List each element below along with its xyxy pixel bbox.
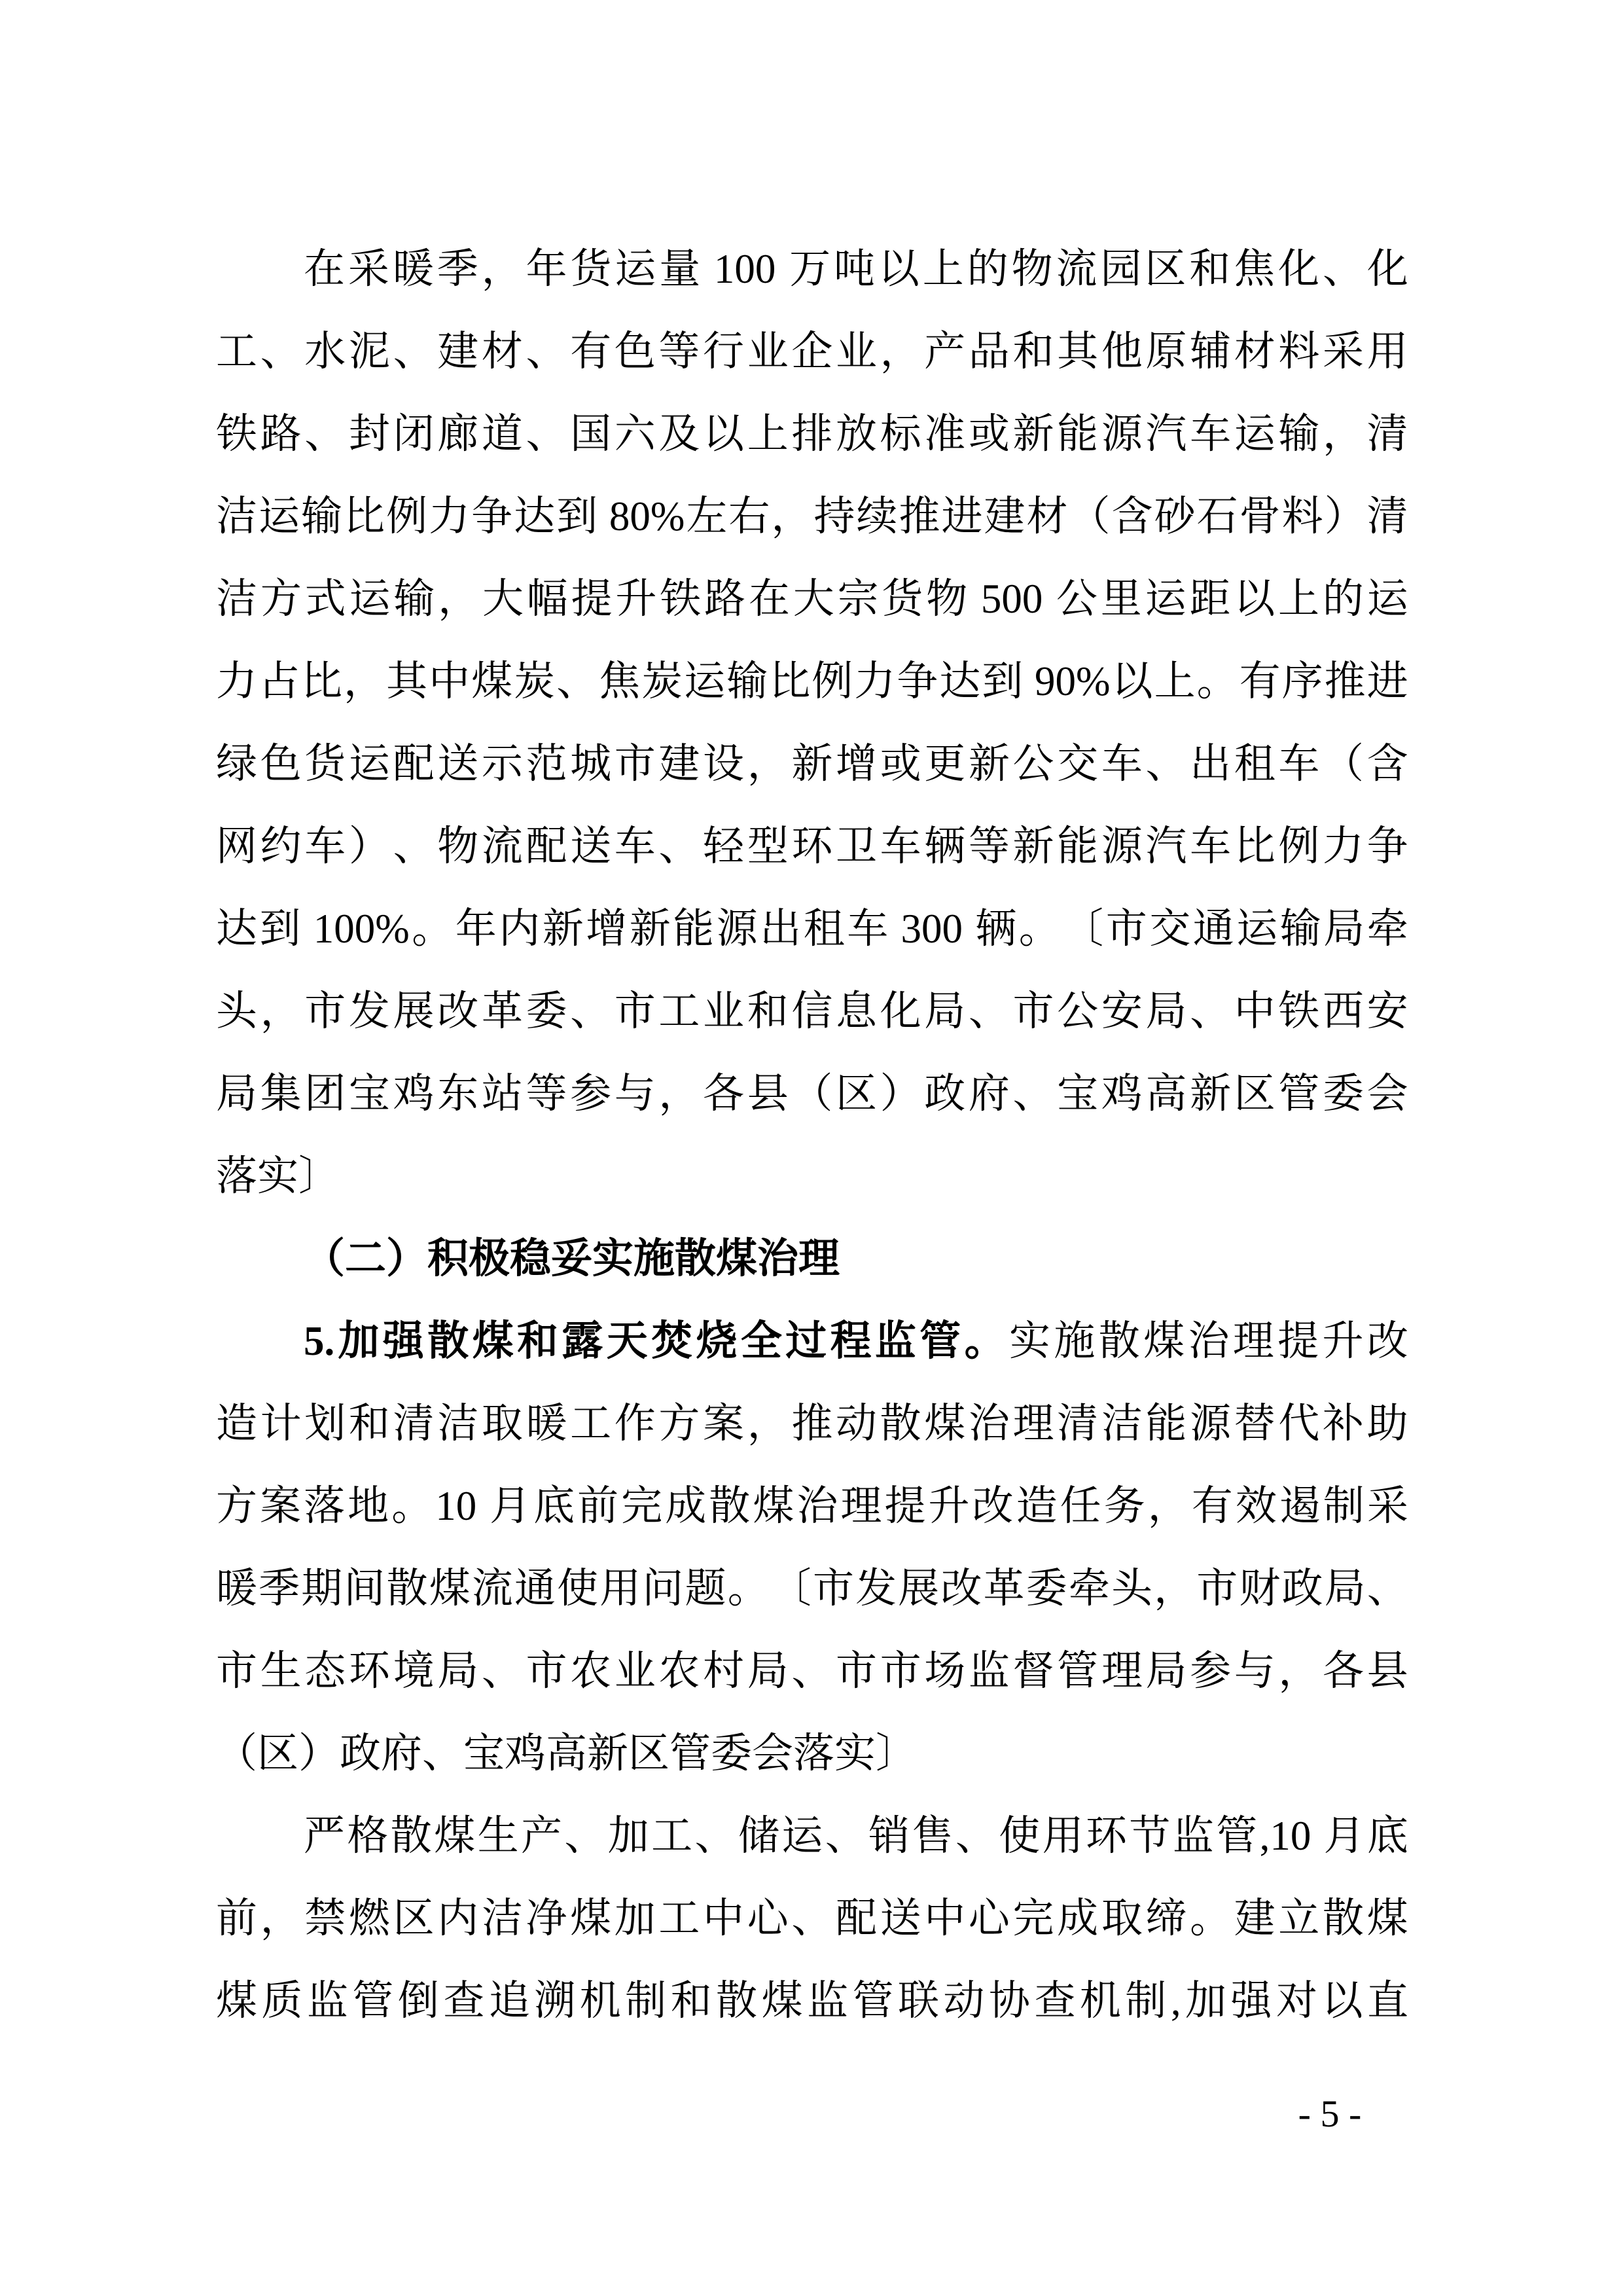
glyph: 市 (880, 1630, 921, 1712)
text-line: 网约车）、物流配送车、轻型环卫车辆等新能源汽车比例力争 (216, 805, 1408, 888)
glyph: 车 (1101, 723, 1143, 805)
glyph: 方 (216, 1465, 257, 1547)
glyph: 、 (695, 1795, 736, 1877)
glyph: 。 (1197, 640, 1238, 723)
glyph: 业 (836, 310, 877, 393)
glyph: 暖 (526, 1382, 567, 1465)
glyph: 煤 (1367, 1877, 1408, 1960)
glyph: 升 (615, 558, 656, 640)
glyph: 建 (1234, 1877, 1275, 1960)
glyph: 立 (1278, 1877, 1319, 1960)
glyph: 市 (304, 970, 346, 1052)
glyph: 局 (437, 1630, 478, 1712)
glyph: 能 (1145, 1382, 1186, 1465)
glyph: 倒 (398, 1960, 439, 2042)
glyph: 交 (1149, 888, 1190, 970)
glyph: 以 (878, 228, 919, 310)
glyph: 、 (304, 393, 346, 475)
text-line: 力占比，其中煤炭、焦炭运输比例力争达到 90%以上。有序推进 (216, 640, 1408, 723)
glyph: 输 (301, 475, 342, 558)
glyph: 方 (658, 1382, 700, 1465)
glyph: 建 (437, 310, 478, 393)
glyph: 以 (1112, 640, 1153, 723)
text-line: 头，市发展改革委、市工业和信息化局、市公安局、中铁西安 (216, 970, 1408, 1052)
glyph: 安 (1367, 970, 1408, 1052)
glyph: 力 (216, 640, 257, 723)
glyph: 问 (642, 1547, 683, 1630)
glyph: 内 (499, 888, 540, 970)
glyph: 区 (1234, 1052, 1275, 1135)
glyph: 作 (615, 1382, 656, 1465)
glyph: 委 (1323, 1052, 1364, 1135)
glyph: 汽 (1145, 393, 1186, 475)
glyph: 缔 (1145, 1877, 1186, 1960)
glyph: 、 (526, 310, 567, 393)
glyph: 、 (260, 310, 302, 393)
glyph: 流 (1056, 228, 1097, 310)
glyph: 大 (482, 558, 524, 640)
glyph: 、 (1367, 1547, 1408, 1630)
glyph: 路 (260, 393, 302, 475)
glyph: 底 (1367, 1795, 1408, 1877)
glyph: 源 (1101, 805, 1143, 888)
glyph: 500 (971, 558, 1053, 640)
glyph: 标 (880, 393, 921, 475)
glyph: 市 (615, 723, 656, 805)
glyph: 加 (338, 1300, 380, 1382)
glyph: 补 (1323, 1382, 1364, 1465)
glyph: 材 (1027, 475, 1068, 558)
glyph: 质 (261, 1960, 302, 2042)
glyph: 、 (482, 1630, 523, 1712)
glyph: 洁 (482, 1877, 523, 1960)
glyph: （ (791, 1052, 832, 1135)
glyph: 车 (847, 888, 888, 970)
glyph: 溯 (534, 1960, 575, 2042)
glyph: 造 (216, 1382, 257, 1465)
glyph: 送 (570, 805, 611, 888)
glyph: 改 (972, 1465, 1014, 1547)
glyph: 运 (259, 475, 300, 558)
glyph: 、 (791, 1630, 832, 1712)
glyph: 吨 (834, 228, 875, 310)
glyph: ， (880, 310, 921, 393)
glyph: 查 (1034, 1960, 1075, 2042)
glyph: 100 (704, 228, 786, 310)
glyph: 局 (747, 1630, 789, 1712)
glyph: 建 (984, 475, 1026, 558)
glyph: 和 (671, 1960, 712, 2042)
glyph: 公 (1013, 723, 1054, 805)
glyph: 区 (1145, 228, 1186, 310)
glyph: 改 (437, 970, 478, 1052)
glyph: 力 (429, 475, 470, 558)
glyph: 中 (1234, 970, 1275, 1052)
glyph: 散 (1099, 1300, 1140, 1382)
glyph: 制 (625, 1960, 666, 2042)
glyph: 头 (216, 970, 257, 1052)
glyph: 革 (482, 970, 523, 1052)
glyph: 集 (260, 1052, 302, 1135)
glyph: 月 (1323, 1795, 1364, 1877)
glyph: 和 (1189, 228, 1230, 310)
glyph: 府 (969, 1052, 1010, 1135)
glyph: 制 (1323, 1465, 1364, 1547)
glyph: 严 (304, 1795, 345, 1877)
glyph: 管 (352, 1960, 393, 2042)
glyph: 生 (478, 1795, 519, 1877)
text-run: 落实〕 (216, 1153, 340, 1199)
glyph: ） (1325, 475, 1366, 558)
glyph: 更 (924, 723, 965, 805)
glyph: 其 (386, 640, 427, 723)
glyph: 、 (658, 805, 700, 888)
glyph: 、 (570, 970, 611, 1052)
glyph: 市 (1196, 1547, 1238, 1630)
glyph: 鸡 (393, 1052, 435, 1135)
glyph: 煤 (753, 1465, 794, 1547)
glyph: ， (260, 970, 302, 1052)
glyph: 道 (482, 393, 523, 475)
glyph: 90% (1024, 640, 1110, 723)
glyph: 的 (967, 228, 1008, 310)
glyph: 和 (517, 1300, 558, 1382)
glyph: ， (771, 475, 812, 558)
glyph: 铁 (1278, 970, 1319, 1052)
glyph: 里 (1101, 558, 1142, 640)
glyph: 管 (1057, 1630, 1098, 1712)
glyph: 。 (965, 1300, 1006, 1382)
glyph: 、 (393, 805, 435, 888)
glyph: 含 (1367, 723, 1408, 805)
glyph: 输 (1280, 888, 1321, 970)
glyph: 80% (599, 475, 685, 558)
glyph: 企 (791, 310, 832, 393)
glyph: 、 (526, 393, 567, 475)
glyph: 在 (749, 558, 790, 640)
glyph: 提 (571, 558, 613, 640)
glyph: 能 (1057, 805, 1098, 888)
glyph: 市 (836, 1630, 877, 1712)
glyph: 焦 (1234, 228, 1275, 310)
glyph: 题 (685, 1547, 726, 1630)
glyph: 散 (1323, 1877, 1364, 1960)
glyph: 上 (1154, 640, 1196, 723)
glyph: 委 (526, 970, 567, 1052)
glyph: 制 (1125, 1960, 1166, 2042)
glyph: 原 (1145, 310, 1186, 393)
glyph: 色 (260, 723, 302, 805)
glyph: 洁 (437, 1382, 478, 1465)
text-run: （二）积极稳妥实施散煤治理 (304, 1236, 840, 1282)
glyph: 前 (577, 1465, 618, 1547)
glyph: 煤 (570, 1877, 611, 1960)
glyph: 监 (307, 1960, 348, 2042)
glyph: 禁 (304, 1877, 346, 1960)
glyph: 会 (1367, 1052, 1408, 1135)
glyph: 农 (658, 1630, 700, 1712)
glyph: 暖 (393, 228, 434, 310)
glyph: 绿 (216, 723, 257, 805)
glyph: 物 (926, 558, 967, 640)
glyph: 100% (303, 888, 410, 970)
glyph: 。 (391, 1465, 433, 1547)
glyph: 流 (482, 805, 523, 888)
glyph: 市 (813, 1547, 854, 1630)
glyph: 有 (1192, 1465, 1233, 1547)
glyph: 网 (216, 805, 257, 888)
glyph: 季 (259, 1547, 300, 1630)
glyph: 市 (526, 1630, 567, 1712)
glyph: 品 (969, 310, 1010, 393)
glyph: 牵 (1367, 888, 1408, 970)
glyph: 改 (1367, 1300, 1408, 1382)
glyph: 全 (741, 1300, 782, 1382)
glyph: 等 (658, 310, 700, 393)
glyph: 管 (1216, 1795, 1257, 1877)
glyph: 西 (1323, 970, 1364, 1052)
glyph: 能 (673, 888, 714, 970)
glyph: 以 (703, 393, 744, 475)
glyph: 加 (1185, 1960, 1226, 2042)
glyph: ） (349, 805, 390, 888)
glyph: 达 (939, 640, 980, 723)
glyph: 信 (791, 970, 832, 1052)
glyph: 进 (1367, 640, 1408, 723)
glyph: 工 (570, 1382, 611, 1465)
glyph: 产 (924, 310, 965, 393)
glyph: 源 (717, 888, 758, 970)
glyph: 期 (301, 1547, 342, 1630)
glyph: 用 (1367, 310, 1408, 393)
glyph: 运 (1234, 393, 1275, 475)
glyph: 县 (1367, 1630, 1408, 1712)
glyph: 态 (304, 1630, 346, 1712)
glyph: 成 (665, 1465, 706, 1547)
glyph: 推 (1325, 640, 1366, 723)
glyph: 委 (1026, 1547, 1067, 1630)
glyph: 局 (1145, 1630, 1186, 1712)
glyph: 售 (912, 1795, 953, 1877)
glyph: 力 (854, 640, 895, 723)
glyph: 团 (304, 1052, 346, 1135)
glyph: 例 (811, 640, 853, 723)
text-line: （二）积极稳妥实施散煤治理 (216, 1217, 1408, 1300)
glyph: 化 (1278, 228, 1319, 310)
glyph: 封 (349, 393, 390, 475)
glyph: 中 (429, 640, 470, 723)
glyph: 石 (1197, 475, 1238, 558)
glyph: 动 (836, 1382, 877, 1465)
glyph: 区 (836, 1052, 877, 1135)
glyph: 配 (836, 1877, 877, 1960)
glyph: 料 (1282, 475, 1323, 558)
glyph: 革 (984, 1547, 1025, 1630)
glyph: 上 (1278, 558, 1319, 640)
glyph: 车 (615, 805, 656, 888)
glyph: 净 (526, 1877, 567, 1960)
glyph: ， (1154, 1547, 1195, 1630)
glyph: 业 (615, 1630, 656, 1712)
glyph: 范 (526, 723, 567, 805)
glyph: 局 (1323, 888, 1364, 970)
glyph: 出 (1190, 723, 1231, 805)
glyph: 储 (738, 1795, 779, 1877)
glyph: ， (747, 1382, 789, 1465)
glyph: ， (658, 1052, 700, 1135)
glyph: 增 (586, 888, 627, 970)
glyph: 焚 (651, 1300, 692, 1382)
glyph: 财 (1239, 1547, 1280, 1630)
glyph: ， (482, 228, 523, 310)
glyph: 东 (437, 1052, 478, 1135)
glyph: 改 (940, 1547, 982, 1630)
glyph: 卫 (836, 805, 877, 888)
glyph: 机 (1080, 1960, 1121, 2042)
glyph: 清 (1367, 393, 1408, 475)
glyph: 局 (1325, 1547, 1366, 1630)
glyph: 和 (349, 1382, 390, 1465)
glyph: 使 (999, 1795, 1040, 1877)
glyph: 发 (855, 1547, 897, 1630)
glyph: 协 (989, 1960, 1030, 2042)
text-line: 达到 100%。年内新增新能源出租车 300 辆。〔市交通运输局牵 (216, 888, 1408, 970)
glyph: 煤 (216, 1960, 257, 2042)
glyph: 化 (880, 970, 921, 1052)
text-line: 绿色货运配送示范城市建设，新增或更新公交车、出租车（含 (216, 723, 1408, 805)
glyph: 用 (599, 1547, 641, 1630)
text-line: 落实〕 (216, 1135, 1408, 1217)
glyph: 取 (1101, 1877, 1143, 1960)
glyph: 农 (570, 1630, 611, 1712)
glyph: 砂 (1154, 475, 1196, 558)
glyph: 、 (969, 970, 1010, 1052)
glyph: 区 (393, 1877, 435, 1960)
glyph: 化 (1367, 228, 1408, 310)
glyph: 公 (1056, 558, 1097, 640)
glyph: 城 (570, 723, 611, 805)
glyph: 上 (923, 228, 964, 310)
glyph: 材 (1234, 310, 1275, 393)
glyph: 争 (471, 475, 512, 558)
text-line: 工、水泥、建材、有色等行业企业，产品和其他原辅材料采用 (216, 310, 1408, 393)
glyph: 新 (630, 888, 671, 970)
glyph: 放 (836, 393, 877, 475)
text-line: 5.加强散煤和露天焚烧全过程监管。实施散煤治理提升改 (216, 1300, 1408, 1382)
glyph: 运 (615, 228, 656, 310)
glyph: 散 (716, 1960, 757, 2042)
glyph: 、 (1145, 723, 1186, 805)
glyph: 清 (393, 1382, 435, 1465)
glyph: 源 (1101, 393, 1143, 475)
text-line: 洁方式运输，大幅提升铁路在大宗货物 500 公里运距以上的运 (216, 558, 1408, 640)
glyph: 用 (1043, 1795, 1084, 1877)
glyph: 5. (304, 1300, 334, 1382)
glyph: 升 (1323, 1300, 1364, 1382)
glyph: 源 (1190, 1382, 1231, 1465)
glyph: 在 (304, 228, 345, 310)
glyph: 实 (1009, 1300, 1050, 1382)
page-number: - 5 - (1232, 2089, 1428, 2139)
glyph: 查 (443, 1960, 484, 2042)
glyph: 市 (1013, 970, 1054, 1052)
glyph: 煤 (924, 1382, 965, 1465)
glyph: 新 (1190, 1052, 1231, 1135)
glyph: 租 (1234, 723, 1275, 805)
glyph: 输 (393, 558, 435, 640)
glyph: 比 (301, 640, 342, 723)
glyph: 示 (482, 723, 523, 805)
glyph: 料 (1278, 310, 1319, 393)
glyph: 暖 (216, 1547, 257, 1630)
glyph: 间 (344, 1547, 385, 1630)
glyph: 散 (709, 1465, 750, 1547)
glyph: 车 (1278, 723, 1319, 805)
glyph: 提 (884, 1465, 925, 1547)
glyph: 方 (260, 558, 302, 640)
glyph: 以 (1234, 558, 1275, 640)
glyph: 季 (437, 228, 478, 310)
glyph: 力 (1323, 805, 1364, 888)
glyph: 煤 (762, 1960, 803, 2042)
text-line: 市生态环境局、市农业农村局、市市场监督管理局参与，各县 (216, 1630, 1408, 1712)
glyph: 运 (349, 723, 390, 805)
glyph: 辆 (975, 888, 1016, 970)
glyph: 运 (349, 558, 390, 640)
glyph: 销 (868, 1795, 910, 1877)
glyph: 局 (924, 970, 965, 1052)
glyph: 中 (703, 1877, 744, 1960)
glyph: 市 (615, 970, 656, 1052)
glyph: 效 (1236, 1465, 1277, 1547)
glyph: 强 (1231, 1960, 1272, 2042)
glyph: 宝 (349, 1052, 390, 1135)
glyph: 散 (391, 1795, 432, 1877)
glyph: 例 (386, 475, 427, 558)
glyph: 产 (521, 1795, 562, 1877)
glyph: 节 (1129, 1795, 1170, 1877)
glyph: 货 (570, 228, 611, 310)
glyph: ， (1148, 1465, 1189, 1547)
glyph: 洁 (216, 558, 257, 640)
glyph: 、 (1323, 228, 1364, 310)
glyph: 达 (216, 888, 257, 970)
glyph: 内 (437, 1877, 478, 1960)
glyph: 300 (891, 888, 973, 970)
glyph: 局 (216, 1052, 257, 1135)
glyph: 或 (880, 723, 921, 805)
glyph: 造 (1016, 1465, 1058, 1547)
glyph: 车 (1190, 805, 1231, 888)
glyph: 采 (1323, 310, 1364, 393)
glyph: 煤 (1143, 1300, 1185, 1382)
glyph: 序 (1282, 640, 1323, 723)
glyph: 提 (1277, 1300, 1319, 1382)
glyph: 争 (897, 640, 938, 723)
text-line: 局集团宝鸡东站等参与，各县（区）政府、宝鸡高新区管委会 (216, 1052, 1408, 1135)
glyph: 清 (1367, 475, 1408, 558)
glyph: 加 (608, 1795, 649, 1877)
glyph: 鸡 (1101, 1052, 1143, 1135)
glyph: 展 (393, 970, 435, 1052)
glyph: 运 (684, 640, 725, 723)
glyph: 材 (482, 310, 523, 393)
glyph: 万 (789, 228, 830, 310)
glyph: 其 (1057, 310, 1098, 393)
glyph: 前 (216, 1877, 257, 1960)
text-line: 造计划和清洁取暖工作方案，推动散煤治理清洁能源替代补助 (216, 1382, 1408, 1465)
glyph: 煤 (429, 1547, 471, 1630)
